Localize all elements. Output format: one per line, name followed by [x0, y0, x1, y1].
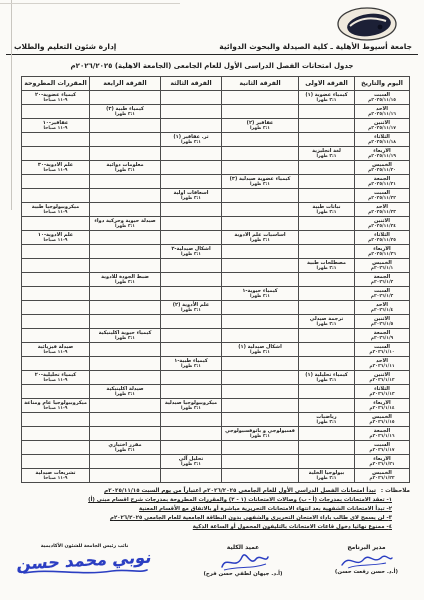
exam-subject-cell — [299, 133, 355, 147]
exam-subject-cell: علم الأدوية (٢)٣:١ ظهرا — [161, 301, 222, 315]
table-row: السبت٢٠٢٦/١/٣مكيمياء حيوية-١٣:١ ظهرا — [22, 287, 410, 301]
offered-course-cell — [22, 413, 90, 427]
day-date-cell: الخميس٢٠٢٦/١/٢٢م — [355, 469, 410, 483]
exam-subject-cell — [222, 259, 299, 273]
table-row: السبت٢٠٢٥/١١/٢٢ماسعافات اولية٣:١ ظهرا — [22, 189, 410, 203]
day-date-cell: الثلاثاء٢٠٢٥/١١/١٨م — [355, 133, 410, 147]
column-header: المقررات المطروحة — [22, 77, 90, 91]
scan-artifact-horizontal — [0, 3, 180, 4]
exam-subject-cell — [161, 469, 222, 483]
day-date-cell: الاثنين٢٠٢٥/١١/١٧م — [355, 119, 410, 133]
day-date-cell: الاثنين٢٠٢٦/١/١٢م — [355, 371, 410, 385]
page-title: جدول امتحانات الفصل الدراسى الأول للعام … — [0, 62, 424, 70]
offered-course-cell — [22, 273, 90, 287]
exam-subject-cell — [299, 119, 355, 133]
offered-course-cell: علم الادوية-١٠٩-١١ صباحا — [22, 231, 90, 245]
exam-subject-cell — [222, 91, 299, 105]
day-date-cell: الاثنين٢٠٢٦/١/٥م — [355, 315, 410, 329]
signature-title: عميد الكلية — [227, 544, 259, 551]
exam-subject-cell — [299, 441, 355, 455]
table-row: الجمعة٢٠٢٦/١/١٦مفسيولوجي و باثوفسيولوجي٣… — [22, 427, 410, 441]
exam-subject-cell — [222, 147, 299, 161]
exam-subject-cell — [90, 147, 161, 161]
offered-course-cell — [22, 441, 90, 455]
offered-course-cell — [22, 245, 90, 259]
offered-course-cell — [22, 287, 90, 301]
exam-subject-cell — [90, 259, 161, 273]
exam-subject-cell — [90, 343, 161, 357]
exam-subject-cell — [90, 371, 161, 385]
exam-subject-cell: مقرر اختياري٣:١ ظهرا — [90, 441, 161, 455]
column-header: اليوم والتاريخ — [355, 77, 410, 91]
exam-subject-cell — [90, 301, 161, 315]
exam-subject-cell: بيولوجيا الخلية٣:١ ظهرا — [299, 469, 355, 483]
day-date-cell: السبت٢٠٢٦/١/١٧م — [355, 441, 410, 455]
table-row: الاحد٢٠٢٥/١١/٢٣منباتات طبية٣:١ ظهراميكرو… — [22, 203, 410, 217]
table-row: الاثنين٢٠٢٥/١١/١٧معقاقير (٢)٣:١ ظهراعقاق… — [22, 119, 410, 133]
exam-schedule-table: اليوم والتاريخالفرقة الاولىالفرقة الثاني… — [21, 76, 410, 483]
exam-subject-cell: كيمياء تحليلية (١)٣:١ ظهرا — [299, 371, 355, 385]
exam-subject-cell — [161, 91, 222, 105]
exam-subject-cell: كيمياء طبية-١٣:١ ظهرا — [161, 357, 222, 371]
exam-subject-cell: كيمياء طبية (٣)٣:١ ظهرا — [90, 105, 161, 119]
exam-subject-cell — [90, 245, 161, 259]
offered-course-cell — [22, 133, 90, 147]
header-rule — [6, 54, 418, 55]
column-header: الفرقة الثانية — [222, 77, 299, 91]
exam-subject-cell: كيمياء عضوية صيدلية (٣)٣:١ ظهرا — [222, 175, 299, 189]
exam-subject-cell — [90, 287, 161, 301]
exam-subject-cell: معلومات دوائية٣:١ ظهرا — [90, 161, 161, 175]
exam-subject-cell — [222, 133, 299, 147]
exam-subject-cell — [90, 413, 161, 427]
exam-subject-cell: ثر. عقاقير (١)٣:١ ظهرا — [161, 133, 222, 147]
exam-subject-cell — [161, 259, 222, 273]
table-row: السبت٢٠٢٥/١١/١٥مكيمياء عضوية (١)٣:١ ظهرا… — [22, 91, 410, 105]
exam-subject-cell — [161, 287, 222, 301]
signature-scribble-icon — [216, 551, 270, 573]
exam-subject-cell — [222, 455, 299, 469]
table-row: الخميس٢٠٢٦/١/١٥مرياضيات٣:١ ظهرا — [22, 413, 410, 427]
exam-subject-cell: اساسيات علم الادوية٣:١ ظهرا — [222, 231, 299, 245]
day-date-cell: الخميس٢٠٢٦/١/١٥م — [355, 413, 410, 427]
exam-subject-cell — [161, 147, 222, 161]
exam-subject-cell — [222, 203, 299, 217]
exam-subject-cell — [299, 105, 355, 119]
offered-course-cell: كيمياء تحليلية-٢٠٩-١١ صباحا — [22, 371, 90, 385]
column-header: الفرقة الثالثة — [161, 77, 222, 91]
day-date-cell: السبت٢٠٢٥/١١/٢٢م — [355, 189, 410, 203]
day-date-cell: السبت٢٠٢٥/١١/١٥م — [355, 91, 410, 105]
exam-subject-cell — [299, 189, 355, 203]
table-row: الاثنين٢٠٢٥/١١/٢٤مصيدلة حيوية وحركية دوا… — [22, 217, 410, 231]
table-row: الجمعة٢٠٢٦/١/٩مكيمياء حيوية اكلينيكية٣:١… — [22, 329, 410, 343]
note-item: ٤- ممنوع نهائيا دخول قاعات الامتحانات با… — [10, 524, 392, 530]
exam-subject-cell — [90, 357, 161, 371]
exam-subject-cell — [299, 399, 355, 413]
exam-subject-cell — [161, 385, 222, 399]
notes-section: ملاحظات : تبدأ امتحانات الفصل الدراسى ال… — [10, 488, 410, 530]
note-item: ٣- لن يسمح لاى طالب باداء الامتحان التحر… — [10, 515, 392, 521]
day-date-cell: الجمعة٢٠٢٥/١١/٢١م — [355, 175, 410, 189]
signatures-section: مدير البرنامج (أ.د. حسن رفعت حسن) عميد ا… — [18, 544, 398, 577]
offered-course-cell: عقاقير-١٠٩-١١ صباحا — [22, 119, 90, 133]
exam-subject-cell — [222, 273, 299, 287]
exam-subject-cell — [222, 385, 299, 399]
exam-subject-cell: ضبط الجودة للادوية٣:١ ظهرا — [90, 273, 161, 287]
exam-subject-cell — [161, 231, 222, 245]
exam-subject-cell — [161, 217, 222, 231]
signature-dean: عميد الكلية (أ.د. جيهان لطفي حسن فرج) — [203, 544, 282, 577]
exam-subject-cell — [222, 105, 299, 119]
day-date-cell: الثلاثاء٢٠٢٥/١١/٢٥م — [355, 231, 410, 245]
exam-subject-cell — [161, 371, 222, 385]
offered-course-cell — [22, 259, 90, 273]
exam-subject-cell — [90, 399, 161, 413]
signature-program-director: مدير البرنامج (أ.د. حسن رفعت حسن) — [335, 544, 398, 575]
exam-subject-cell — [222, 441, 299, 455]
exam-subject-cell — [90, 133, 161, 147]
exam-subject-cell — [222, 399, 299, 413]
exam-subject-cell — [90, 315, 161, 329]
table-row: الجمعة٢٠٢٦/١/٢مضبط الجودة للادوية٣:١ ظهر… — [22, 273, 410, 287]
offered-course-cell — [22, 301, 90, 315]
offered-course-cell — [22, 329, 90, 343]
exam-subject-cell — [299, 245, 355, 259]
offered-course-cell: صيدلة فيزيائية٩-١١ صباحا — [22, 343, 90, 357]
table-row: السبت٢٠٢٦/١/١٠ماشكال صيدلية (١)٣:١ ظهراص… — [22, 343, 410, 357]
exam-subject-cell: فسيولوجي و باثوفسيولوجي٣:١ ظهرا — [222, 427, 299, 441]
notes-label: ملاحظات : — [381, 488, 410, 494]
exam-subject-cell — [222, 217, 299, 231]
scan-artifact-vertical — [11, 0, 12, 210]
exam-subject-cell — [161, 203, 222, 217]
day-date-cell: الجمعة٢٠٢٦/١/١٦م — [355, 427, 410, 441]
table-row: الاحد٢٠٢٦/١/٤معلم الأدوية (٢)٣:١ ظهرا — [22, 301, 410, 315]
exam-subject-cell — [299, 427, 355, 441]
offered-course-cell — [22, 217, 90, 231]
exam-subject-cell — [299, 175, 355, 189]
offered-course-cell — [22, 105, 90, 119]
signature-name: (أ.د. حسن رفعت حسن) — [335, 569, 398, 575]
exam-subject-cell — [222, 245, 299, 259]
day-date-cell: الخميس٢٠٢٦/١/١م — [355, 259, 410, 273]
schedule-body: السبت٢٠٢٥/١١/١٥مكيمياء عضوية (١)٣:١ ظهرا… — [22, 91, 410, 483]
exam-subject-cell: كيمياء عضوية (١)٣:١ ظهرا — [299, 91, 355, 105]
table-row: الخميس٢٠٢٥/١١/٢٠ممعلومات دوائية٣:١ ظهراع… — [22, 161, 410, 175]
exam-subject-cell — [90, 231, 161, 245]
table-row: الثلاثاء٢٠٢٥/١١/٢٥ماساسيات علم الادوية٣:… — [22, 231, 410, 245]
exam-subject-cell — [161, 119, 222, 133]
exam-subject-cell: لغة انجليزية٣:١ ظهرا — [299, 147, 355, 161]
column-header: الفرقة الاولى — [299, 77, 355, 91]
exam-subject-cell — [299, 287, 355, 301]
exam-subject-cell — [90, 469, 161, 483]
exam-subject-cell — [90, 455, 161, 469]
table-row: الاثنين٢٠٢٦/١/٥مترجمة صيدلي٣:١ ظهرا — [22, 315, 410, 329]
exam-subject-cell — [90, 119, 161, 133]
offered-course-cell — [22, 385, 90, 399]
exam-subject-cell — [161, 105, 222, 119]
table-row: الخميس٢٠٢٦/١/١ممصطلحات طبية٣:١ ظهرا — [22, 259, 410, 273]
exam-subject-cell — [161, 273, 222, 287]
exam-subject-cell — [90, 189, 161, 203]
exam-subject-cell — [299, 329, 355, 343]
exam-subject-cell — [222, 301, 299, 315]
signature-title: نائب رئيس الجامعة للشئون الأكاديمية — [41, 544, 129, 549]
exam-subject-cell: كيمياء حيوية-١٣:١ ظهرا — [222, 287, 299, 301]
offered-course-cell — [22, 189, 90, 203]
exam-subject-cell — [161, 175, 222, 189]
offered-course-cell — [22, 455, 90, 469]
exam-subject-cell — [90, 175, 161, 189]
exam-subject-cell: صيدلة حيوية وحركية دواء٣:١ ظهرا — [90, 217, 161, 231]
exam-subject-cell — [299, 357, 355, 371]
exam-subject-cell — [90, 91, 161, 105]
exam-subject-cell — [299, 161, 355, 175]
exam-subject-cell: عقاقير (٢)٣:١ ظهرا — [222, 119, 299, 133]
exam-subject-cell — [161, 441, 222, 455]
signature-name: (أ.د. جيهان لطفي حسن فرج) — [203, 571, 282, 577]
department-name: إدارة شئون التعليم والطلاب — [14, 42, 116, 51]
table-header-row: اليوم والتاريخالفرقة الاولىالفرقة الثاني… — [22, 77, 410, 91]
exam-subject-cell — [299, 301, 355, 315]
exam-subject-cell — [90, 427, 161, 441]
table-row: الاحد٢٠٢٦/١/١١مكيمياء طبية-١٣:١ ظهرا — [22, 357, 410, 371]
signature-title: مدير البرنامج — [347, 544, 385, 551]
offered-course-cell — [22, 175, 90, 189]
offered-course-cell: ميكروبيولوجيا عام ومناعة٩-١١ صباحا — [22, 399, 90, 413]
day-date-cell: السبت٢٠٢٦/١/١٠م — [355, 343, 410, 357]
exam-subject-cell — [161, 161, 222, 175]
offered-course-cell: علم الادوية-٣٠٩-١١ صباحا — [22, 161, 90, 175]
exam-subject-cell — [222, 413, 299, 427]
table-row: السبت٢٠٢٦/١/١٧ممقرر اختياري٣:١ ظهرا — [22, 441, 410, 455]
exam-subject-cell — [299, 217, 355, 231]
table-row: الاحد٢٠٢٥/١١/١٦مكيمياء طبية (٣)٣:١ ظهرا — [22, 105, 410, 119]
university-seal-icon — [336, 6, 398, 46]
table-row: الاربعاء٢٠٢٥/١١/١٩ملغة انجليزية٣:١ ظهرا — [22, 147, 410, 161]
table-row: الثلاثاء٢٠٢٥/١١/١٨مثر. عقاقير (١)٣:١ ظهر… — [22, 133, 410, 147]
offered-course-cell: تشريعات صيدلية٩-١١ صباحا — [22, 469, 90, 483]
exam-subject-cell: ميكروبيولوجيا صيدلية٣:١ ظهرا — [161, 399, 222, 413]
day-date-cell: الثلاثاء٢٠٢٦/١/١٣م — [355, 385, 410, 399]
exam-subject-cell: صيدلة اكلينيكية٣:١ ظهرا — [90, 385, 161, 399]
day-date-cell: السبت٢٠٢٦/١/٣م — [355, 287, 410, 301]
offered-course-cell — [22, 147, 90, 161]
exam-subject-cell — [222, 315, 299, 329]
exam-subject-cell — [222, 357, 299, 371]
offered-course-cell: ميكروبيولوجيا طبية٩-١١ صباحا — [22, 203, 90, 217]
exam-subject-cell — [161, 343, 222, 357]
exam-subject-cell: نباتات طبية٣:١ ظهرا — [299, 203, 355, 217]
table-row: الجمعة٢٠٢٥/١١/٢١مكيمياء عضوية صيدلية (٣)… — [22, 175, 410, 189]
exam-subject-cell: مصطلحات طبية٣:١ ظهرا — [299, 259, 355, 273]
signature-vice-president: نائب رئيس الجامعة للشئون الأكاديمية نوبي… — [18, 544, 151, 577]
notes-intro-text: تبدأ امتحانات الفصل الدراسى الأول للعام … — [104, 488, 376, 494]
day-date-cell: الاحد٢٠٢٥/١١/٢٣م — [355, 203, 410, 217]
day-date-cell: الاربعاء٢٠٢٥/١١/١٩م — [355, 147, 410, 161]
day-date-cell: الجمعة٢٠٢٦/١/٢م — [355, 273, 410, 287]
exam-subject-cell: كيمياء حيوية اكلينيكية٣:١ ظهرا — [90, 329, 161, 343]
note-item: ٢- تبدأ الامتحانات الشفهية بعد انتهاء ال… — [10, 506, 392, 512]
table-row: الاثنين٢٠٢٦/١/١٢مكيمياء تحليلية (١)٣:١ ظ… — [22, 371, 410, 385]
exam-subject-cell — [299, 273, 355, 287]
day-date-cell: الاحد٢٠٢٦/١/٤م — [355, 301, 410, 315]
exam-subject-cell — [161, 427, 222, 441]
exam-subject-cell — [299, 343, 355, 357]
exam-subject-cell: اشكال صيدلية (١)٣:١ ظهرا — [222, 343, 299, 357]
day-date-cell: الاربعاء٢٠٢٦/١/١٤م — [355, 399, 410, 413]
day-date-cell: الجمعة٢٠٢٦/١/٩م — [355, 329, 410, 343]
exam-subject-cell — [161, 315, 222, 329]
offered-course-cell — [22, 315, 90, 329]
exam-subject-cell: اشكال صيدلية-٢٣:١ ظهرا — [161, 245, 222, 259]
exam-subject-cell: ترجمة صيدلي٣:١ ظهرا — [299, 315, 355, 329]
table-row: الاربعاء٢٠٢٥/١١/٢٦ماشكال صيدلية-٢٣:١ ظهر… — [22, 245, 410, 259]
exam-subject-cell — [161, 413, 222, 427]
exam-subject-cell — [299, 385, 355, 399]
exam-subject-cell — [161, 329, 222, 343]
exam-subject-cell — [222, 329, 299, 343]
exam-subject-cell: رياضيات٣:١ ظهرا — [299, 413, 355, 427]
table-row: الاربعاء٢٠٢٦/١/٢١متحليل آلي٣:١ ظهرا — [22, 455, 410, 469]
exam-subject-cell: تحليل آلي٣:١ ظهرا — [161, 455, 222, 469]
exam-subject-cell — [222, 161, 299, 175]
table-row: الاربعاء٢٠٢٦/١/١٤مميكروبيولوجيا صيدلية٣:… — [22, 399, 410, 413]
exam-subject-cell — [90, 203, 161, 217]
day-date-cell: الاربعاء٢٠٢٦/١/٢١م — [355, 455, 410, 469]
signature-scribble-icon — [338, 551, 394, 571]
table-row: الثلاثاء٢٠٢٦/١/١٣مصيدلة اكلينيكية٣:١ ظهر… — [22, 385, 410, 399]
day-date-cell: الاربعاء٢٠٢٥/١١/٢٦م — [355, 245, 410, 259]
exam-subject-cell — [222, 371, 299, 385]
column-header: الفرقة الرابعة — [90, 77, 161, 91]
note-item: ١- تعقد الامتحانات بمدرجات (أ - ب) وصالا… — [10, 497, 392, 503]
offered-course-cell — [22, 357, 90, 371]
exam-subject-cell — [299, 231, 355, 245]
exam-subject-cell — [222, 189, 299, 203]
day-date-cell: الاحد٢٠٢٥/١١/١٦م — [355, 105, 410, 119]
offered-course-cell — [22, 427, 90, 441]
exam-subject-cell: اسعافات اولية٣:١ ظهرا — [161, 189, 222, 203]
table-row: الخميس٢٠٢٦/١/٢٢مبيولوجيا الخلية٣:١ ظهرات… — [22, 469, 410, 483]
day-date-cell: الاثنين٢٠٢٥/١١/٢٤م — [355, 217, 410, 231]
day-date-cell: الاحد٢٠٢٦/١/١١م — [355, 357, 410, 371]
day-date-cell: الخميس٢٠٢٥/١١/٢٠م — [355, 161, 410, 175]
offered-course-cell: كيمياء عضوية-٢٠٩-١١ صباحا — [22, 91, 90, 105]
exam-subject-cell — [299, 455, 355, 469]
exam-subject-cell — [222, 469, 299, 483]
